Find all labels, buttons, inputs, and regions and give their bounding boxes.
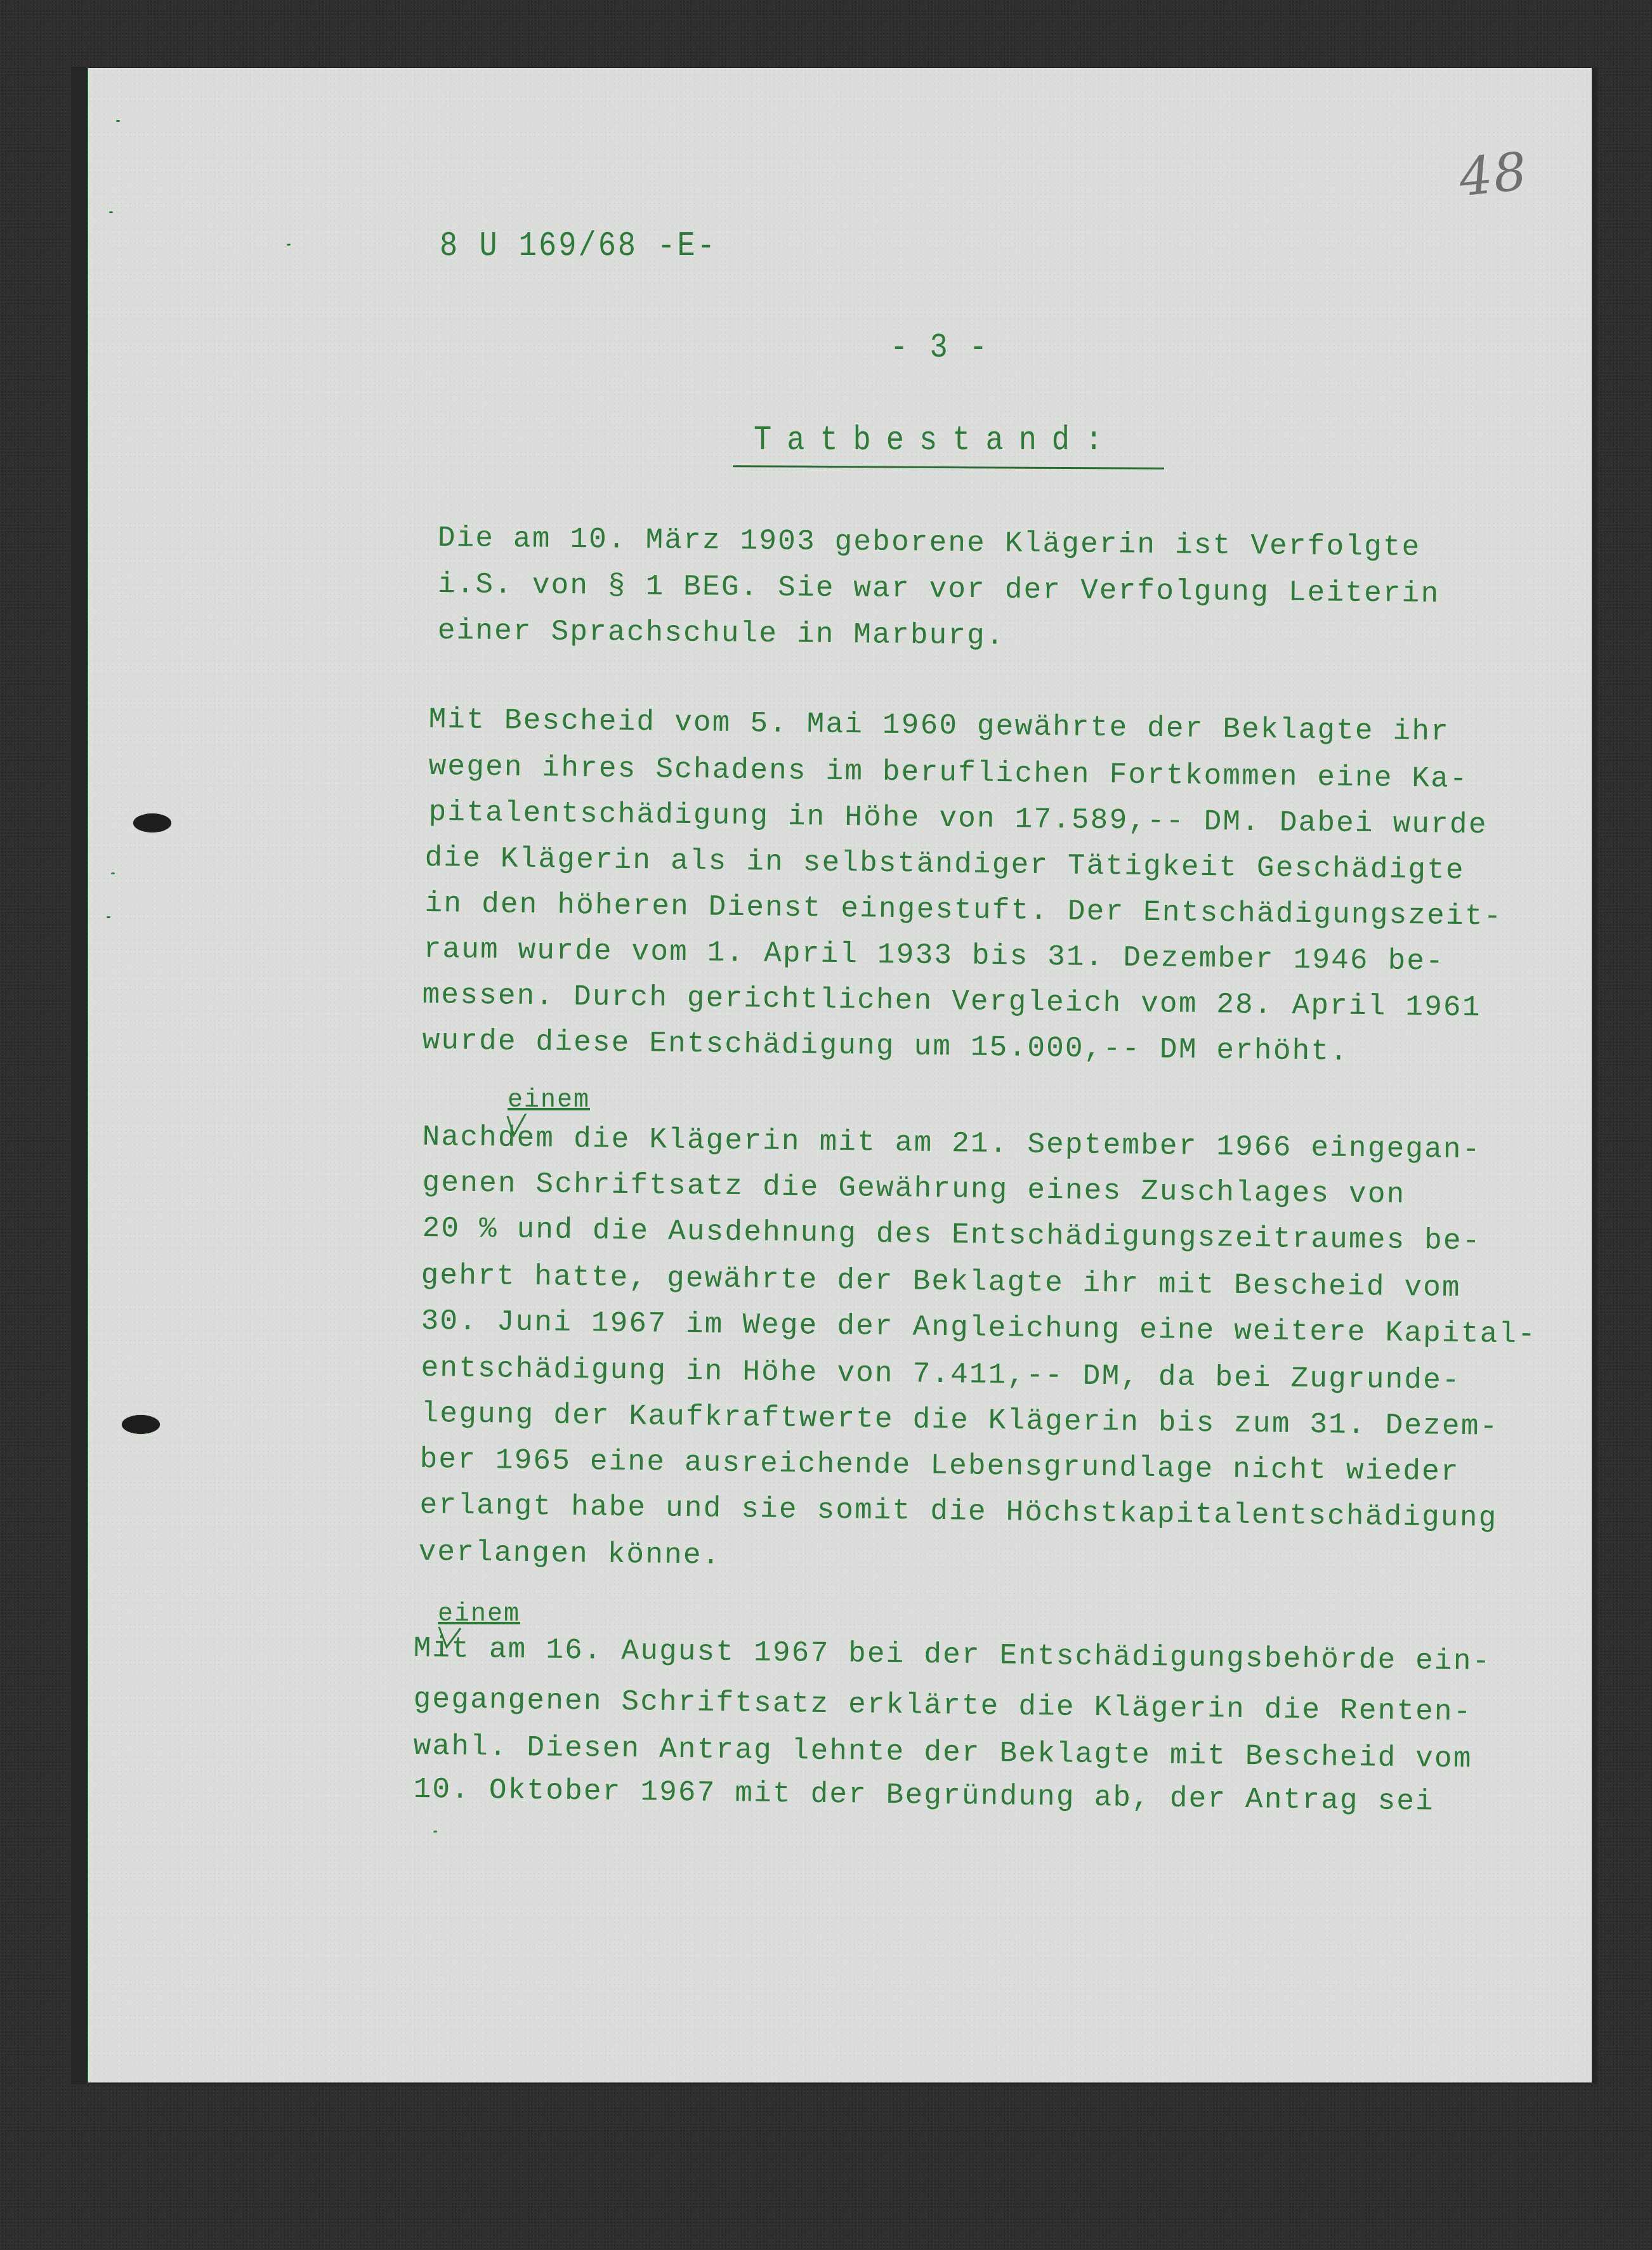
paragraph-3-line: verlangen könne. [418,1536,721,1572]
inserted-correction: einem [438,1600,520,1629]
ink-speck [109,211,113,213]
punch-hole [122,1415,160,1434]
ink-speck [433,1831,437,1832]
page-number: - 3 - [890,329,989,367]
file-reference: 8 U 169/68 -E- [440,227,717,266]
inserted-correction: einem [508,1086,590,1115]
ink-speck [287,244,291,246]
handwritten-page-mark: 48 [1456,141,1531,209]
punch-hole [133,813,171,832]
section-heading: Tatbestand: [754,421,1118,460]
paragraph-1-line: einer Sprachschule in Marburg. [438,614,1006,653]
ink-speck [111,872,115,874]
ink-speck [116,120,120,122]
ink-speck [107,916,110,918]
